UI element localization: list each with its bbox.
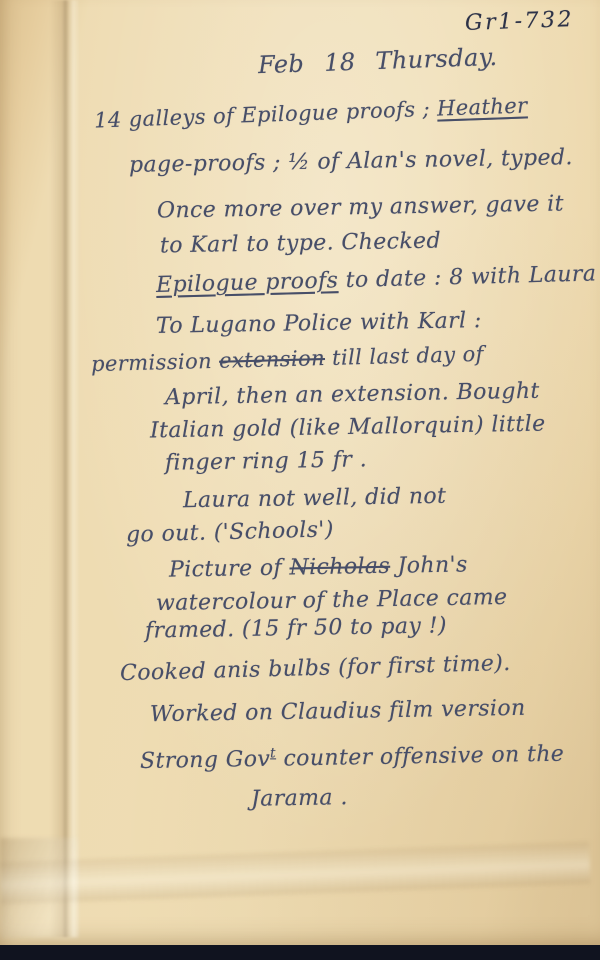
line-text: Laura not well, did not bbox=[183, 484, 447, 514]
diary-line: permission extension till last day of bbox=[91, 342, 484, 376]
catalog-number: Gr1-732 bbox=[465, 7, 575, 36]
bottom-left-fold bbox=[0, 838, 78, 938]
underlined-word: Heather bbox=[437, 93, 528, 120]
line-text: permission bbox=[91, 349, 220, 376]
line-text: John's bbox=[390, 552, 468, 578]
manuscript-page: Gr1-732 Feb 18 Thursday. 14 galleys of E… bbox=[0, 0, 600, 945]
line-text: Worked on Claudius film version bbox=[150, 696, 526, 728]
line-text: to date : 8 with Laura . bbox=[338, 261, 600, 293]
diary-line: page-proofs ; ½ of Alan's novel, typed. bbox=[129, 145, 573, 178]
diary-line: 14 galleys of Epilogue proofs ; Heather bbox=[94, 93, 528, 132]
line-text: go out. ('Schools') bbox=[126, 517, 334, 547]
line-text: counter offensive on the bbox=[276, 742, 565, 772]
diary-line: Epilogue proofs to date : 8 with Laura . bbox=[156, 261, 600, 298]
struck-word: extension bbox=[219, 346, 326, 373]
line-text: finger ring 15 fr . bbox=[165, 447, 367, 476]
diary-line: Cooked anis bulbs (for first time). bbox=[120, 651, 511, 686]
line-text: page-proofs ; ½ of Alan's novel, typed. bbox=[129, 145, 573, 178]
line-text: Strong Gov bbox=[140, 747, 271, 774]
underlined-words: Epilogue proofs bbox=[156, 268, 339, 298]
diary-line: Strong Govt counter offensive on the bbox=[140, 740, 565, 774]
line-text: 14 galleys of Epilogue proofs ; bbox=[94, 97, 438, 133]
date-heading: Feb 18 Thursday. bbox=[258, 43, 498, 79]
struck-word: Nicholas bbox=[289, 554, 390, 581]
diary-line: Jarama . bbox=[251, 785, 348, 812]
line-text: Picture of bbox=[169, 556, 290, 583]
line-text: framed. (15 fr 50 to pay !) bbox=[145, 613, 447, 643]
diary-line: go out. ('Schools') bbox=[126, 517, 334, 547]
line-text: April, then an extension. Bought bbox=[165, 379, 540, 411]
diary-line: watercolour of the Place came bbox=[156, 585, 508, 616]
line-text: Jarama . bbox=[251, 785, 348, 812]
horizontal-crease bbox=[0, 842, 591, 905]
diary-line: Picture of Nicholas John's bbox=[169, 552, 468, 582]
line-text: till last day of bbox=[325, 342, 484, 370]
line-text: To Lugano Police with Karl : bbox=[156, 308, 482, 339]
vertical-fold-crease bbox=[50, 0, 80, 937]
diary-line: framed. (15 fr 50 to pay !) bbox=[145, 613, 447, 643]
diary-line: Worked on Claudius film version bbox=[150, 696, 526, 728]
diary-line: Laura not well, did not bbox=[183, 484, 447, 514]
diary-line: April, then an extension. Bought bbox=[165, 379, 540, 411]
diary-line: to Karl to type. Checked bbox=[160, 229, 441, 259]
scanner-edge-bar bbox=[0, 945, 600, 960]
diary-line: To Lugano Police with Karl : bbox=[156, 308, 482, 339]
line-text: watercolour of the Place came bbox=[156, 585, 508, 616]
line-text: Cooked anis bulbs (for first time). bbox=[120, 651, 511, 686]
line-text: Italian gold (like Mallorquin) little bbox=[150, 412, 546, 444]
line-text: Once more over my answer, gave it bbox=[157, 191, 564, 223]
diary-line: finger ring 15 fr . bbox=[165, 447, 367, 476]
diary-line: Italian gold (like Mallorquin) little bbox=[150, 412, 546, 444]
diary-line: Once more over my answer, gave it bbox=[157, 191, 564, 223]
line-text: to Karl to type. Checked bbox=[160, 229, 441, 259]
